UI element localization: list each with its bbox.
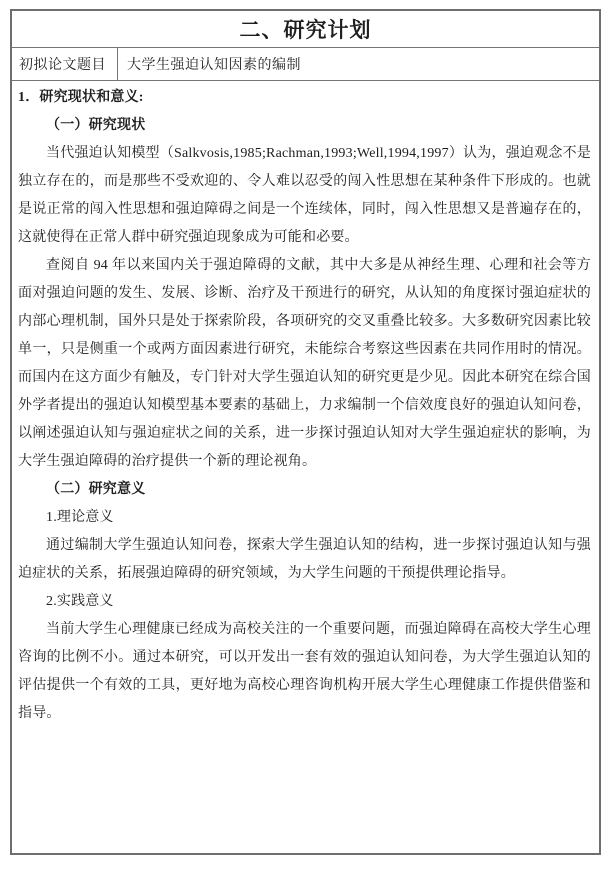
paragraph-theoretical-significance: 通过编制大学生强迫认知问卷，探索大学生强迫认知的结构，进一步探讨强迫认知与强迫症… xyxy=(18,532,591,588)
page-title: 二、研究计划 xyxy=(12,11,599,48)
paragraph-practical-significance: 当前大学生心理健康已经成为高校关注的一个重要问题，而强迫障碍在高校大学生心理咨询… xyxy=(18,616,591,728)
subheading-research-status: （一）研究现状 xyxy=(18,112,591,140)
topic-label: 初拟论文题目 xyxy=(12,48,118,80)
section-heading-status-and-significance: 1．研究现状和意义: xyxy=(18,84,591,112)
research-plan-table: 二、研究计划 初拟论文题目 大学生强迫认知因素的编制 1．研究现状和意义: （一… xyxy=(10,9,601,855)
paragraph-cognitive-model: 当代强迫认知模型（Salkvosis,1985;Rachman,1993;Wel… xyxy=(18,140,591,252)
topic-row: 初拟论文题目 大学生强迫认知因素的编制 xyxy=(12,48,599,81)
body-cell: 1．研究现状和意义: （一）研究现状 当代强迫认知模型（Salkvosis,19… xyxy=(12,81,599,728)
item-heading-theoretical-significance: 1.理论意义 xyxy=(18,504,591,532)
topic-value: 大学生强迫认知因素的编制 xyxy=(118,48,599,80)
item-heading-practical-significance: 2.实践意义 xyxy=(18,588,591,616)
subheading-research-significance: （二）研究意义 xyxy=(18,476,591,504)
paragraph-literature-review: 查阅自 94 年以来国内关于强迫障碍的文献，其中大多是从神经生理、心理和社会等方… xyxy=(18,252,591,476)
